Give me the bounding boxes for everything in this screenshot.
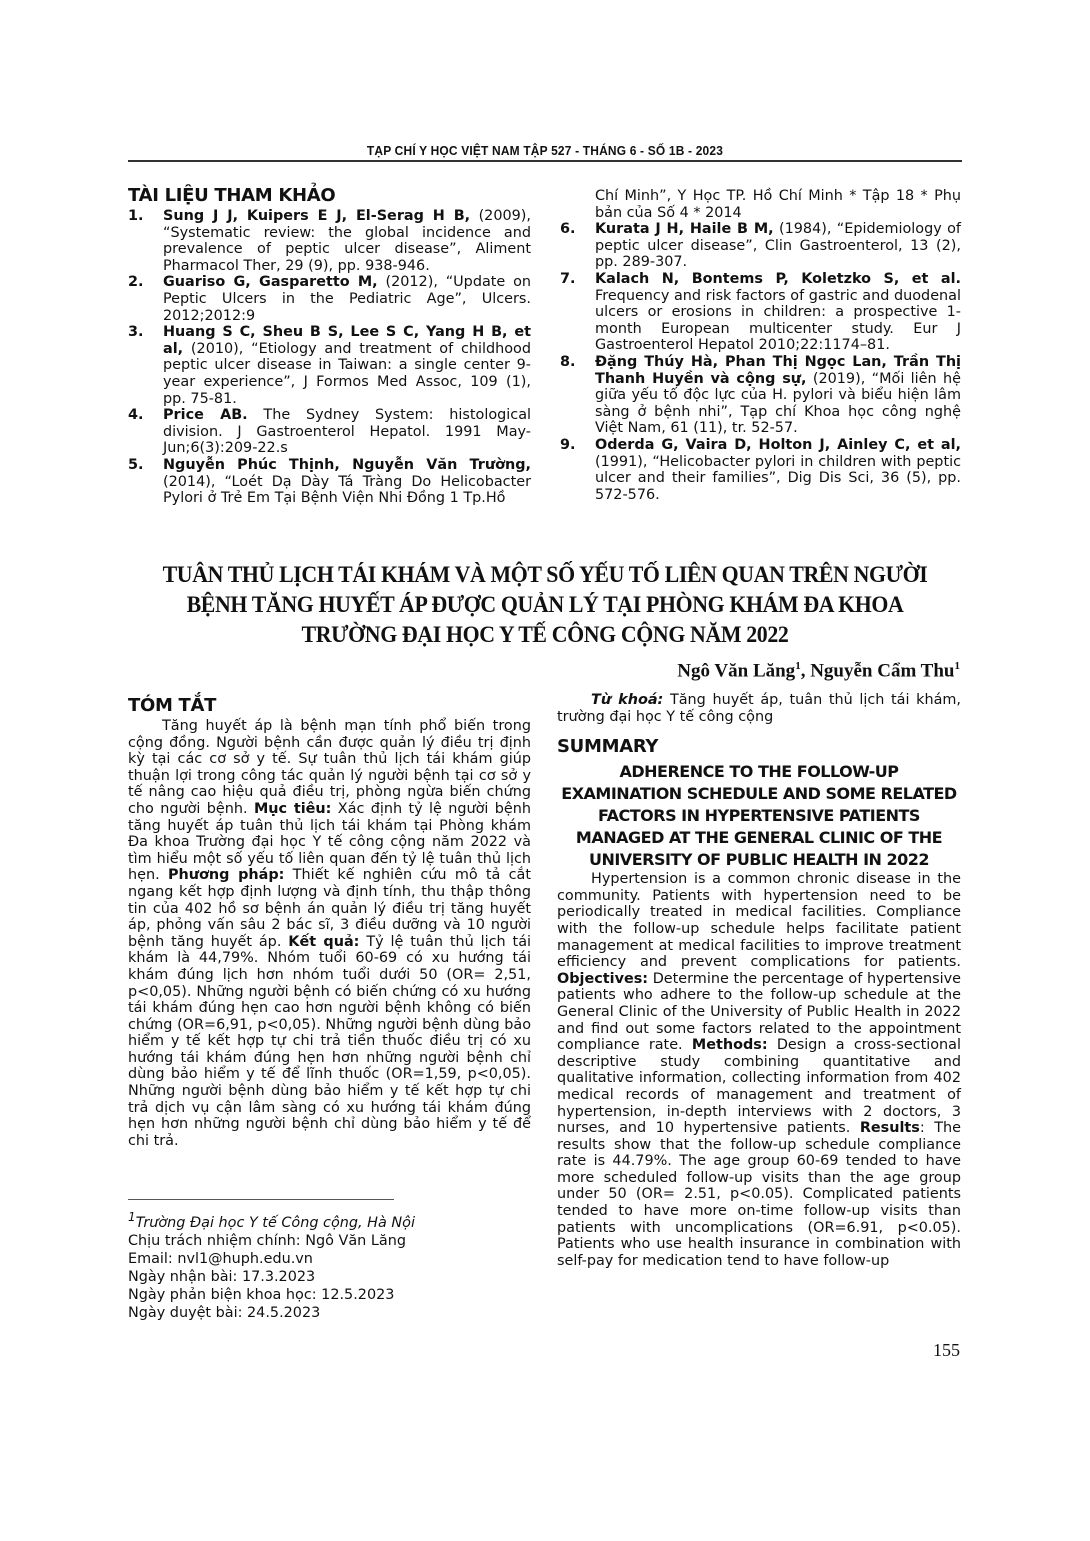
- reference-authors: Nguyễn Phúc Thịnh, Nguyễn Văn Trường,: [163, 457, 531, 473]
- objectives-label: Objectives:: [557, 971, 648, 987]
- footnotes: 1Trường Đại học Y tế Công cộng, Hà Nội C…: [128, 1208, 531, 1322]
- reference-number: 1.: [128, 208, 143, 225]
- reference-item: 3.Huang S C, Sheu B S, Lee S C, Yang H B…: [128, 324, 531, 407]
- affiliation-footnote: 1Trường Đại học Y tế Công cộng, Hà Nội: [128, 1208, 531, 1232]
- reference-text: (1991), “Helicobacter pylori in children…: [595, 454, 961, 503]
- abstract-body: Tăng huyết áp là bệnh mạn tính phổ biến …: [128, 718, 531, 1149]
- article-title: TUÂN THỦ LỊCH TÁI KHÁM VÀ MỘT SỐ YẾU TỐ …: [157, 560, 933, 650]
- responsible-author: Chịu trách nhiệm chính: Ngô Văn Lăng: [128, 1232, 531, 1250]
- reference-continuation: Chí Minh”, Y Học TP. Hồ Chí Minh * Tập 1…: [560, 188, 961, 221]
- article-authors: Ngô Văn Lăng1, Nguyễn Cẩm Thu1: [677, 660, 960, 682]
- reference-number: 6.: [560, 221, 575, 238]
- reference-authors: Sung J J, Kuipers E J, El-Serag H B,: [163, 208, 470, 224]
- reference-number: 7.: [560, 271, 575, 288]
- references-heading: TÀI LIỆU THAM KHẢO: [128, 186, 531, 206]
- reference-text: (2010), “Etiology and treatment of child…: [163, 341, 531, 407]
- reference-authors: Oderda G, Vaira D, Holton J, Ainley C, e…: [595, 437, 961, 453]
- references-left-column: TÀI LIỆU THAM KHẢO 1.Sung J J, Kuipers E…: [128, 186, 531, 507]
- objective-label: Mục tiêu:: [254, 801, 331, 817]
- summary-body: Hypertension is a common chronic disease…: [557, 871, 961, 1269]
- reference-number: 5.: [128, 457, 143, 474]
- author-separator: ,: [801, 660, 811, 681]
- references-right-column: Chí Minh”, Y Học TP. Hồ Chí Minh * Tập 1…: [560, 188, 961, 503]
- page-number: 155: [933, 1340, 960, 1361]
- reference-item: 2.Guariso G, Gasparetto M, (2012), “Upda…: [128, 274, 531, 324]
- reference-authors: Guariso G, Gasparetto M,: [163, 274, 378, 290]
- results-label: Results: [860, 1120, 920, 1136]
- reference-authors: Kalach N, Bontems P, Koletzko S, et al.: [595, 271, 961, 287]
- reference-number: 4.: [128, 407, 143, 424]
- author-affiliation-mark: 1: [955, 660, 961, 672]
- reviewed-date: Ngày phản biện khoa học: 12.5.2023: [128, 1286, 531, 1304]
- reference-item: 8.Đặng Thúy Hà, Phan Thị Ngọc Lan, Trần …: [560, 354, 961, 437]
- result-label: Kết quả:: [288, 934, 359, 950]
- email: Email: nvl1@huph.edu.vn: [128, 1250, 531, 1268]
- reference-item: 9.Oderda G, Vaira D, Holton J, Ainley C,…: [560, 437, 961, 503]
- reference-item: 5.Nguyễn Phúc Thịnh, Nguyễn Văn Trường, …: [128, 457, 531, 507]
- summary-intro: Hypertension is a common chronic disease…: [557, 871, 961, 970]
- reference-item: 4.Price AB. The Sydney System: histologi…: [128, 407, 531, 457]
- header-rule: [128, 160, 962, 162]
- methods-label: Methods:: [692, 1037, 768, 1053]
- author-name: Ngô Văn Lăng: [677, 660, 795, 681]
- summary-english-column: Từ khoá: Tăng huyết áp, tuân thủ lịch tá…: [557, 692, 961, 1269]
- abstract-vietnamese: TÓM TẮT Tăng huyết áp là bệnh mạn tính p…: [128, 696, 531, 1149]
- reference-number: 8.: [560, 354, 575, 371]
- reference-item: 6.Kurata J H, Haile B M, (1984), “Epidem…: [560, 221, 961, 271]
- affiliation-mark: 1: [128, 1210, 136, 1224]
- reference-text: (2014), “Loét Dạ Dày Tá Tràng Do Helicob…: [163, 474, 531, 507]
- reference-item: 7.Kalach N, Bontems P, Koletzko S, et al…: [560, 271, 961, 354]
- summary-heading: SUMMARY: [557, 737, 961, 757]
- reference-item: 1.Sung J J, Kuipers E J, El-Serag H B, (…: [128, 208, 531, 274]
- result-text: Tỷ lệ tuân thủ lịch tái khám là 44,79%. …: [128, 934, 531, 1149]
- affiliation-text: Trường Đại học Y tế Công cộng, Hà Nội: [136, 1215, 415, 1231]
- references-list: 1.Sung J J, Kuipers E J, El-Serag H B, (…: [128, 208, 531, 507]
- abstract-heading: TÓM TẮT: [128, 696, 531, 716]
- reference-number: 9.: [560, 437, 575, 454]
- footnote-rule: [128, 1199, 394, 1200]
- received-date: Ngày nhận bài: 17.3.2023: [128, 1268, 531, 1286]
- keywords: Từ khoá: Tăng huyết áp, tuân thủ lịch tá…: [557, 692, 961, 725]
- keywords-label: Từ khoá:: [591, 692, 663, 708]
- results-text: : The results show that the follow-up sc…: [557, 1120, 961, 1269]
- approved-date: Ngày duyệt bài: 24.5.2023: [128, 1304, 531, 1322]
- reference-number: 3.: [128, 324, 143, 341]
- method-label: Phương pháp:: [168, 867, 284, 883]
- summary-title: ADHERENCE TO THE FOLLOW-UP EXAMINATION S…: [557, 761, 961, 871]
- reference-number: 2.: [128, 274, 143, 291]
- running-header: TẠP CHÍ Y HỌC VIỆT NAM TẬP 527 - THÁNG 6…: [161, 143, 928, 158]
- references-list-continued: 6.Kurata J H, Haile B M, (1984), “Epidem…: [560, 221, 961, 503]
- reference-authors: Kurata J H, Haile B M,: [595, 221, 774, 237]
- reference-authors: Price AB.: [163, 407, 248, 423]
- reference-text: Frequency and risk factors of gastric an…: [595, 288, 961, 354]
- author-name: Nguyễn Cẩm Thu: [810, 660, 954, 681]
